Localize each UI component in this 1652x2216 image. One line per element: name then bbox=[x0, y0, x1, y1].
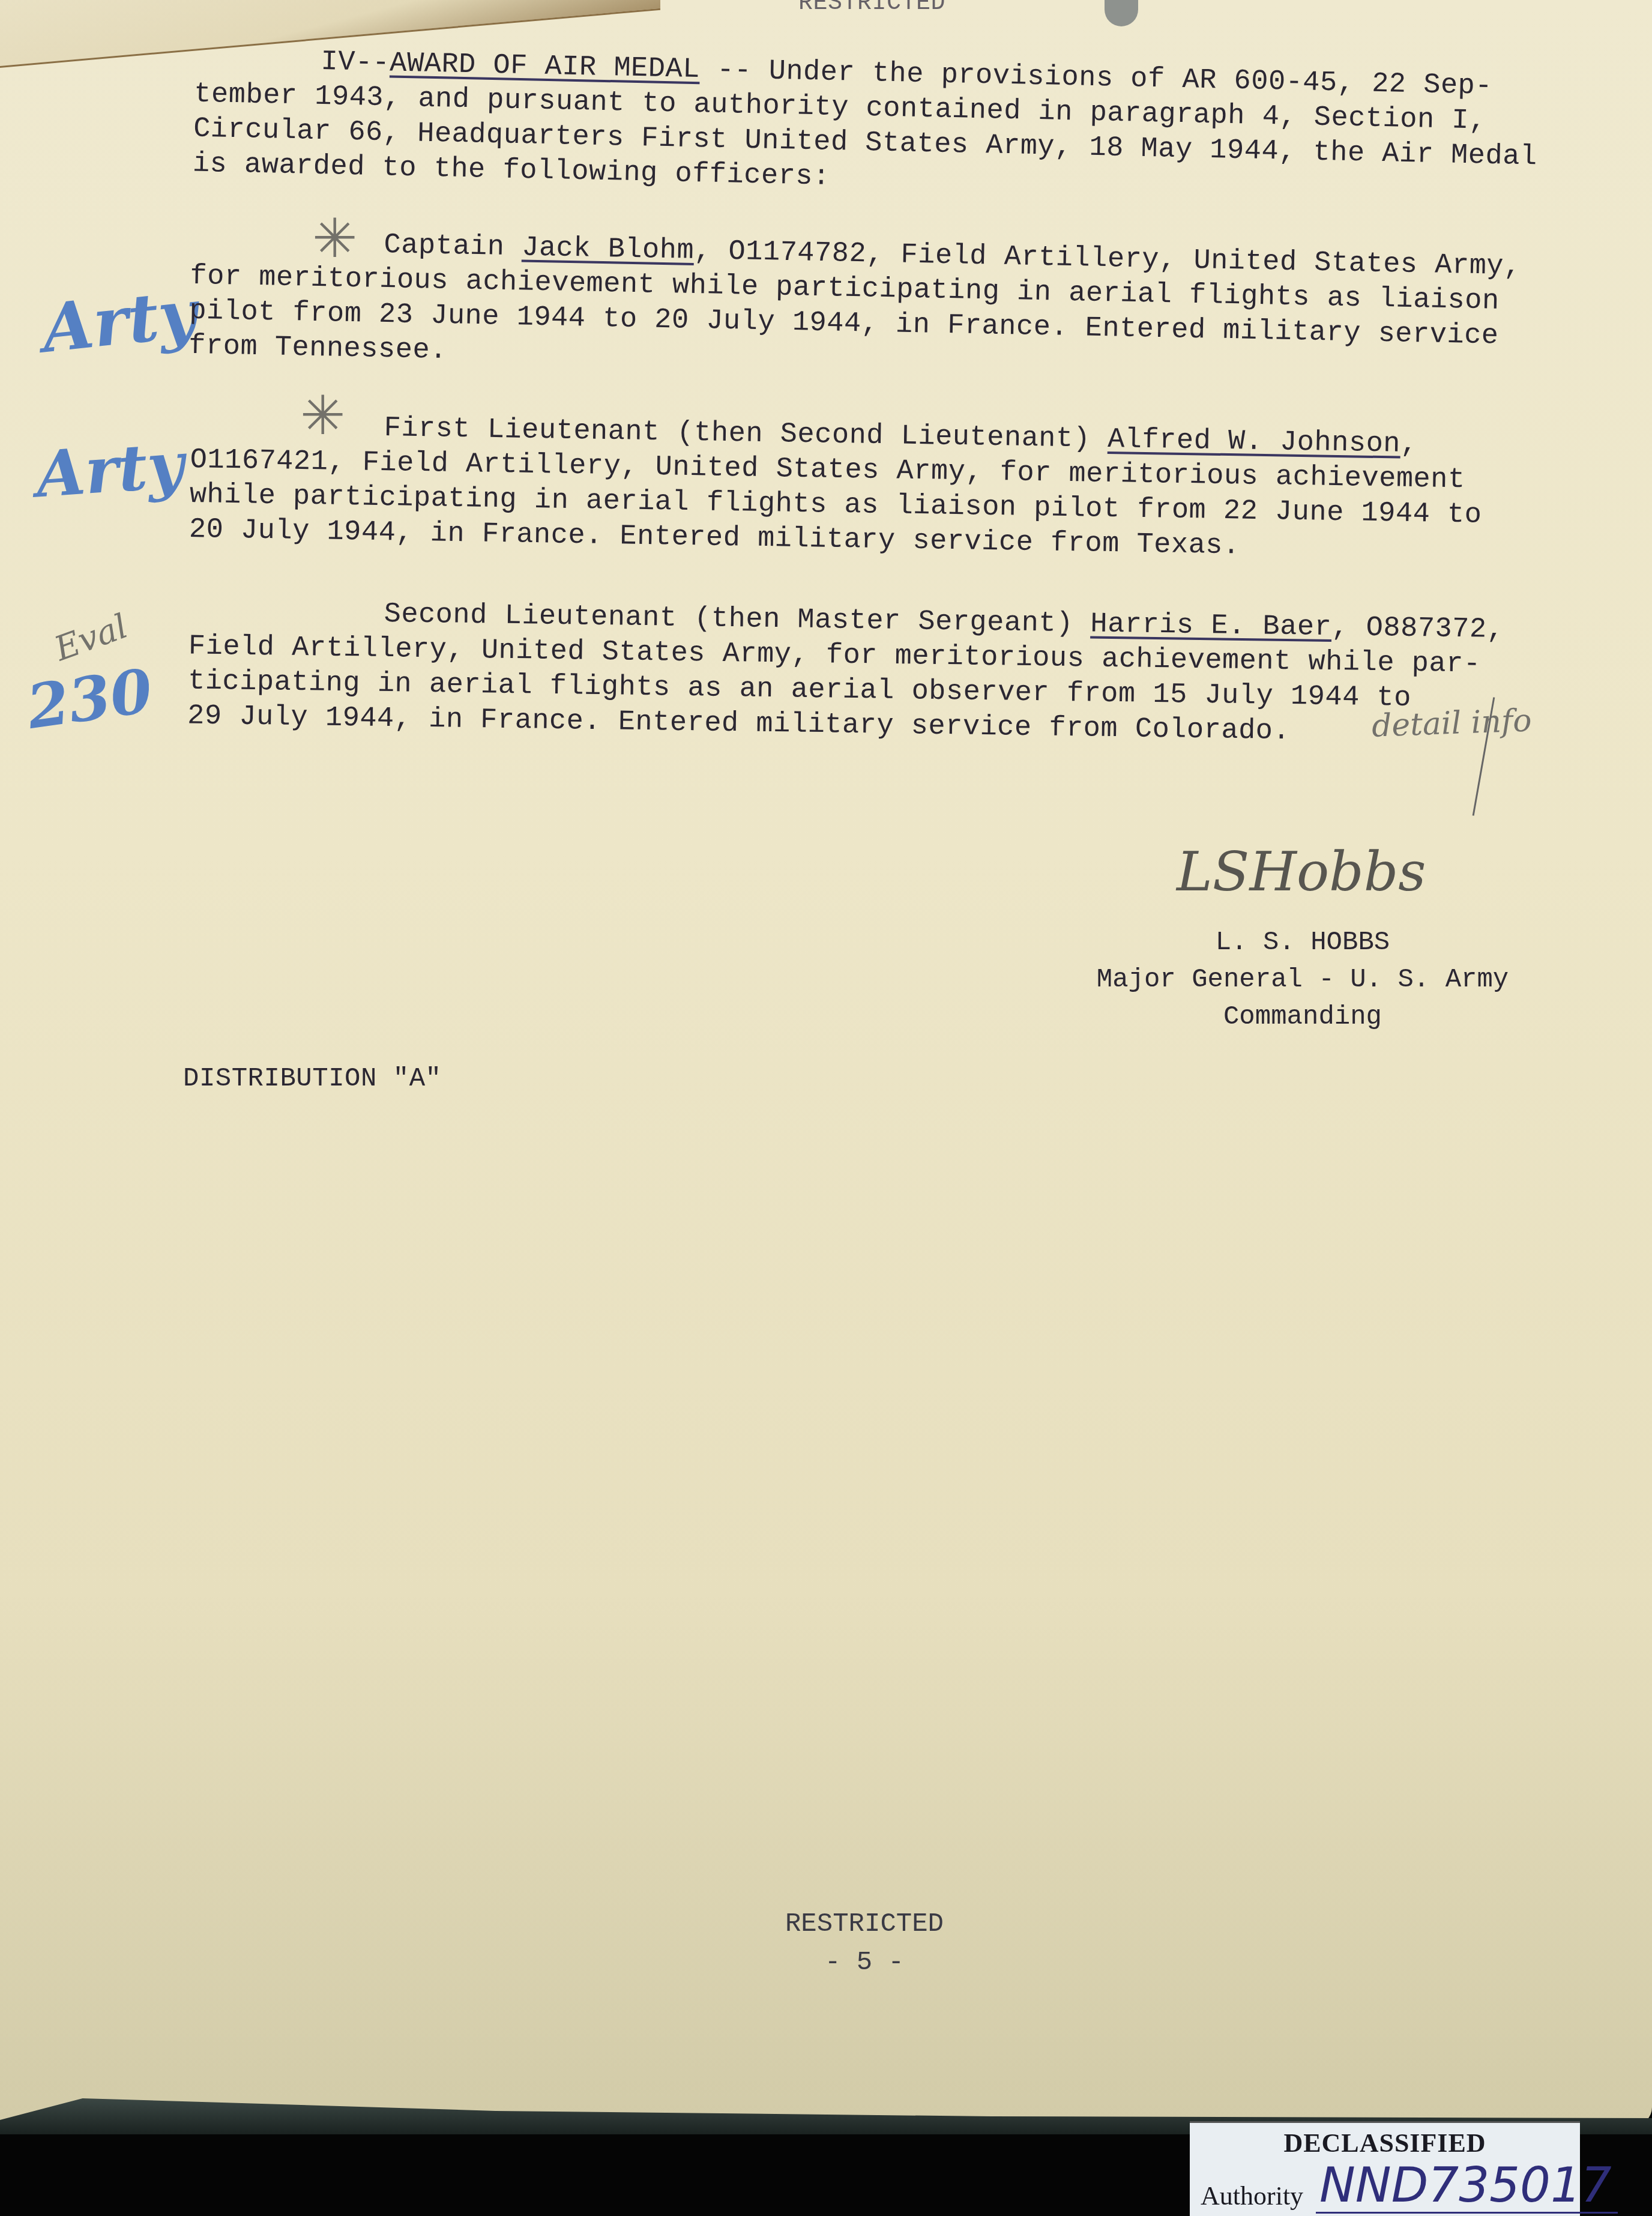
authority-value: NND735017 bbox=[1316, 2161, 1618, 2214]
signature-block: L. S. HOBBS Major General - U. S. Army C… bbox=[1069, 928, 1537, 1039]
award-recipient-name: Jack Blohm bbox=[522, 232, 695, 267]
award-rank: Captain bbox=[384, 229, 522, 264]
award-recipient-name: Harris E. Baer bbox=[1090, 608, 1332, 644]
declassified-title: DECLASSIFIED bbox=[1190, 2128, 1580, 2158]
signatory-title: Major General - U. S. Army bbox=[1069, 965, 1537, 995]
signatory-role: Commanding bbox=[1069, 1002, 1537, 1032]
signatory-name: L. S. HOBBS bbox=[1069, 928, 1537, 958]
award-line: , O887372, bbox=[1331, 612, 1504, 646]
award-line: , bbox=[1400, 429, 1418, 460]
page-number: - 5 - bbox=[774, 1948, 954, 1978]
margin-note-number: 230 bbox=[23, 655, 157, 743]
footer-classification: RESTRICTED bbox=[774, 1909, 954, 1939]
margin-note-arty: Arty bbox=[34, 427, 186, 512]
punch-hole bbox=[1105, 0, 1138, 26]
document-page: RESTRICTED IV--AWARD OF AIR MEDAL -- Und… bbox=[0, 0, 1652, 2125]
handwritten-annotation: detail info bbox=[1371, 702, 1532, 744]
declassified-stamp: DECLASSIFIED Authority NND735017 bbox=[1190, 2121, 1580, 2216]
asterisk-mark: ✳ bbox=[300, 384, 345, 447]
authority-label: Authority bbox=[1201, 2181, 1303, 2211]
award-recipient-name: Alfred W. Johnson bbox=[1108, 424, 1401, 460]
page-footer: RESTRICTED - 5 - bbox=[774, 1909, 954, 1978]
section-title: AWARD OF AIR MEDAL bbox=[390, 47, 701, 86]
signature-scrawl: LSHobbs bbox=[1177, 841, 1426, 904]
asterisk-mark: ✳ bbox=[312, 207, 357, 270]
section-number: IV-- bbox=[321, 46, 390, 79]
award-line: from Tennessee. bbox=[188, 332, 447, 365]
header-classification: RESTRICTED bbox=[798, 0, 945, 16]
margin-note-arty: Arty bbox=[38, 274, 200, 367]
distribution-line: DISTRIBUTION "A" bbox=[183, 1066, 441, 1092]
award-rank: Second Lieutenant (then Master Sergeant) bbox=[384, 599, 1091, 640]
